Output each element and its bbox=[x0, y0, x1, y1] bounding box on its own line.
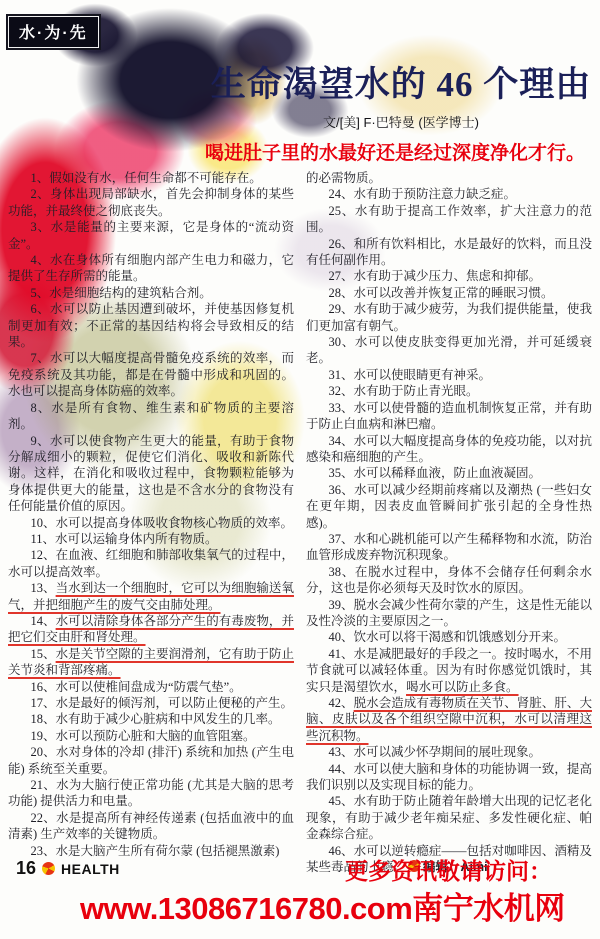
item-number: 21、 bbox=[31, 778, 57, 792]
list-item-39: 39、脱水会减少性荷尔蒙的产生，这是性无能以及性冷淡的主要原因之一。 bbox=[306, 597, 592, 630]
item-text: 水可以改善并恢复正常的睡眠习惯。 bbox=[354, 286, 554, 300]
item-number: 17、 bbox=[31, 696, 56, 710]
item-number: 8、 bbox=[31, 401, 52, 415]
list-item-25: 25、水有助于提高工作效率，扩大注意力的范围。 bbox=[306, 203, 592, 236]
item-number: 41、 bbox=[329, 647, 354, 661]
footer-brand: 16 HEALTH bbox=[16, 858, 120, 879]
item-number: 43、 bbox=[329, 745, 354, 759]
list-item-44: 44、水可以使大脑和身体的功能协调一致，提高我们识别以及实现目标的能力。 bbox=[306, 761, 592, 794]
list-item-21: 21、水为大脑行使正常功能 (尤其是大脑的思考功能) 提供活力和电量。 bbox=[8, 777, 294, 810]
list-item-1: 1、假如没有水，任何生命都不可能存在。 bbox=[8, 170, 294, 186]
item-number: 37、 bbox=[329, 532, 354, 546]
list-item-12: 12、在血液、红细胞和肺部收集氧气的过程中，水可以提高效率。 bbox=[8, 547, 294, 580]
item-number: 22、 bbox=[31, 811, 57, 825]
item-number: 6、 bbox=[31, 302, 50, 316]
item-number: 40、 bbox=[329, 630, 354, 644]
list-item-4: 4、水在身体所有细胞内部产生电力和磁力，它提供了生存所需的能量。 bbox=[8, 252, 294, 285]
list-item-2: 2、身体出现局部缺水，首先会抑制身体的某些功能，并最终使之彻底丧失。 bbox=[8, 186, 294, 219]
item-text: 水是最好的倾泻剂，可以防止便秘的产生。 bbox=[56, 696, 294, 710]
health-logo-icon bbox=[42, 862, 55, 875]
item-number: 38、 bbox=[329, 565, 355, 579]
list-item-22: 22、水是提高所有神经传递素 (包括血液中的血清素) 生产效率的关键物质。 bbox=[8, 810, 294, 843]
item-text: 水是所有食物、维生素和矿物质的主要溶剂。 bbox=[8, 401, 294, 431]
item-text: 水有助于预防注意力缺乏症。 bbox=[354, 187, 517, 201]
promo-text: 更多资讯敬请访问： bbox=[345, 853, 552, 886]
item-number: 39、 bbox=[329, 598, 354, 612]
item-number: 18、 bbox=[31, 712, 56, 726]
item-text: 水有助于减少压力、焦虑和抑郁。 bbox=[354, 269, 542, 283]
item-text-underlined: 喝水可以防止多食。 bbox=[406, 680, 519, 694]
item-text: 水是细胞结构的建筑粘合剂。 bbox=[49, 286, 212, 300]
item-number: 28、 bbox=[329, 286, 354, 300]
list-item-29: 29、水有助于减少疲劳，为我们提供能量，使我们更加富有朝气。 bbox=[306, 301, 592, 334]
list-item-10: 10、水可以提高身体吸收食物核心物质的效率。 bbox=[8, 515, 294, 531]
item-number: 42、 bbox=[329, 696, 354, 710]
item-number: 29、 bbox=[329, 302, 354, 316]
column-right: 的必需物质。24、水有助于预防注意力缺乏症。25、水有助于提高工作效率，扩大注意… bbox=[306, 170, 592, 875]
item-text: 水在身体所有细胞内部产生电力和磁力，它提供了生存所需的能量。 bbox=[8, 253, 294, 283]
item-text: 水可以稀释血液，防止血液凝固。 bbox=[354, 466, 542, 480]
item-number: 30、 bbox=[329, 335, 355, 349]
item-text: 水是大脑产生所有荷尔蒙 (包括褪黑激素) bbox=[56, 844, 280, 858]
list-item-5: 5、水是细胞结构的建筑粘合剂。 bbox=[8, 285, 294, 301]
magazine-page: { "header": { "logo": "水·为·先", "title": … bbox=[0, 0, 600, 939]
list-item-45: 45、水有助于防止随着年龄增大出现的记忆老化现象，有助于减少老年痴呆症、多发性硬… bbox=[306, 793, 592, 842]
item-text: 水有助于防止青光眼。 bbox=[354, 384, 479, 398]
item-number: 4、 bbox=[31, 253, 50, 267]
list-item-31: 31、水可以使眼睛更有神采。 bbox=[306, 367, 592, 383]
item-number: 33、 bbox=[329, 401, 354, 415]
column-left: 1、假如没有水，任何生命都不可能存在。2、身体出现局部缺水，首先会抑制身体的某些… bbox=[8, 170, 294, 875]
item-number: 14、 bbox=[31, 614, 56, 628]
page-title: 生命渴望水的 46 个理由 bbox=[205, 57, 597, 107]
list-item-36: 36、水可以减少经期前疼痛以及潮热 (一些妇女在更年期，因表皮血管瞬间扩张引起的… bbox=[306, 482, 592, 531]
item-number: 2、 bbox=[31, 187, 50, 201]
list-item-8: 8、水是所有食物、维生素和矿物质的主要溶剂。 bbox=[8, 400, 294, 433]
item-number: 9、 bbox=[31, 434, 50, 448]
list-item-28: 28、水可以改善并恢复正常的睡眠习惯。 bbox=[306, 285, 592, 301]
list-item-continuation: 的必需物质。 bbox=[306, 170, 592, 186]
item-number: 15、 bbox=[31, 647, 56, 661]
byline: 文/[美] F·巴特曼 (医学博士) bbox=[205, 112, 597, 131]
item-number: 35、 bbox=[329, 466, 354, 480]
item-text: 水可以使食物产生更大的能量，有助于食物分解成细小的颗粒，促使它们消化、吸收和新陈… bbox=[8, 434, 294, 514]
item-text: 水有助于减少心脏病和中风发生的几率。 bbox=[56, 712, 281, 726]
promo-url: www.13086716780.com南宁水机网 bbox=[80, 883, 565, 928]
list-item-16: 16、水可以使椎间盘成为“防震气垫”。 bbox=[8, 679, 294, 695]
item-number: 45、 bbox=[329, 794, 354, 808]
item-text: 水可以预防心脏和大脑的血管阻塞。 bbox=[56, 729, 256, 743]
magazine-name: HEALTH bbox=[61, 861, 120, 877]
item-text: 假如没有水，任何生命都不可能存在。 bbox=[49, 171, 262, 185]
item-number: 32、 bbox=[329, 384, 354, 398]
item-number: 11、 bbox=[31, 532, 56, 546]
list-item-42: 42、脱水会造成有毒物质在关节、肾脏、肝、大脑、皮肤以及各个组织空隙中沉积，水可… bbox=[306, 695, 592, 744]
list-item-19: 19、水可以预防心脏和大脑的血管阻塞。 bbox=[8, 728, 294, 744]
list-item-6: 6、水可以防止基因遭到破坏，并使基因修复机制更加有效；不正常的基因结构将会导致相… bbox=[8, 301, 294, 350]
list-item-43: 43、水可以减少怀孕期间的展吐现象。 bbox=[306, 744, 592, 760]
item-number: 7、 bbox=[31, 351, 50, 365]
article-body: 1、假如没有水，任何生命都不可能存在。2、身体出现局部缺水，首先会抑制身体的某些… bbox=[8, 170, 592, 875]
item-number: 25、 bbox=[329, 204, 355, 218]
item-text: 水可以防止基因遭到破坏，并使基因修复机制更加有效；不正常的基因结构将会导致相反的… bbox=[8, 302, 294, 349]
list-item-33: 33、水可以使骨髓的造血机制恢复正常，并有助于防止白血病和淋巴瘤。 bbox=[306, 400, 592, 433]
list-item-20: 20、水对身体的冷却 (排汗) 系统和加热 (产生电能) 系统至关重要。 bbox=[8, 744, 294, 777]
subtitle-slogan: 喝进肚子里的水最好还是经过深度净化才行。 bbox=[190, 138, 600, 165]
list-item-15: 15、水是关节空隙的主要润滑剂，它有助于防止关节炎和背部疼痛。 bbox=[8, 646, 294, 679]
item-text: 水可以使眼睛更有神采。 bbox=[354, 368, 492, 382]
item-text: 水可以使椎间盘成为“防震气垫”。 bbox=[56, 680, 242, 694]
item-number: 19、 bbox=[31, 729, 56, 743]
list-item-14: 14、水可以清除身体各部分产生的有毒废物，并把它们交由肝和肾处理。 bbox=[8, 613, 294, 646]
item-number: 23、 bbox=[31, 844, 56, 858]
item-number: 27、 bbox=[329, 269, 354, 283]
list-item-35: 35、水可以稀释血液，防止血液凝固。 bbox=[306, 465, 592, 481]
item-number: 24、 bbox=[329, 187, 354, 201]
item-number: 26、 bbox=[329, 237, 354, 251]
list-item-40: 40、饮水可以将干渴感和饥饿感划分开来。 bbox=[306, 629, 592, 645]
item-text: 饮水可以将干渴感和饥饿感划分开来。 bbox=[354, 630, 567, 644]
item-number: 16、 bbox=[31, 680, 56, 694]
item-text: 的必需物质。 bbox=[306, 171, 381, 185]
item-number: 13、 bbox=[31, 581, 56, 595]
footer-page-number: 16 bbox=[16, 858, 36, 879]
list-item-24: 24、水有助于预防注意力缺乏症。 bbox=[306, 186, 592, 202]
item-text: 水可以减少怀孕期间的展吐现象。 bbox=[354, 745, 542, 759]
item-number: 31、 bbox=[329, 368, 354, 382]
list-item-7: 7、水可以大幅度提高骨髓免疫系统的效率，而免疫系统及其功能，都是在骨髓中形成和巩… bbox=[8, 350, 294, 399]
list-item-11: 11、水可以运输身体内所有物质。 bbox=[8, 531, 294, 547]
list-item-30: 30、水可以使皮肤变得更加光滑，并可延缓衰老。 bbox=[306, 334, 592, 367]
item-number: 36、 bbox=[329, 483, 355, 497]
item-number: 3、 bbox=[31, 220, 51, 234]
list-item-17: 17、水是最好的倾泻剂，可以防止便秘的产生。 bbox=[8, 695, 294, 711]
item-text: 水可以运输身体内所有物质。 bbox=[55, 532, 218, 546]
list-item-26: 26、和所有饮料相比，水是最好的饮料，而且没有任何副作用。 bbox=[306, 236, 592, 269]
item-number: 10、 bbox=[31, 516, 56, 530]
item-number: 1、 bbox=[31, 171, 50, 185]
item-number: 34、 bbox=[329, 434, 354, 448]
list-item-23: 23、水是大脑产生所有荷尔蒙 (包括褪黑激素) bbox=[8, 843, 294, 859]
masthead-logo: 水·为·先 bbox=[8, 16, 99, 48]
list-item-18: 18、水有助于减少心脏病和中风发生的几率。 bbox=[8, 711, 294, 727]
item-number: 12、 bbox=[31, 548, 56, 562]
list-item-13: 13、当水到达一个细胞时，它可以为细胞输送氧气，并把细胞产生的废气交由肺处理。 bbox=[8, 580, 294, 613]
list-item-34: 34、水可以大幅度提高身体的免疫功能，以对抗感染和癌细胞的产生。 bbox=[306, 433, 592, 466]
list-item-38: 38、在脱水过程中，身体不会储存任何剩余水分，这也是你必须每天及时饮水的原因。 bbox=[306, 564, 592, 597]
item-number: 44、 bbox=[329, 762, 354, 776]
item-number: 5、 bbox=[31, 286, 50, 300]
list-item-3: 3、水是能量的主要来源，它是身体的“流动资金”。 bbox=[8, 219, 294, 252]
item-text: 水是能量的主要来源，它是身体的“流动资金”。 bbox=[8, 220, 294, 250]
list-item-9: 9、水可以使食物产生更大的能量，有助于食物分解成细小的颗粒，促使它们消化、吸收和… bbox=[8, 433, 294, 515]
list-item-32: 32、水有助于防止青光眼。 bbox=[306, 383, 592, 399]
list-item-41: 41、水是减肥最好的手段之一。按时喝水，不用节食就可以减轻体重。因为有时你感觉饥… bbox=[306, 646, 592, 695]
list-item-27: 27、水有助于减少压力、焦虑和抑郁。 bbox=[306, 268, 592, 284]
item-number: 20、 bbox=[31, 745, 56, 759]
item-text: 身体出现局部缺水，首先会抑制身体的某些功能，并最终使之彻底丧失。 bbox=[8, 187, 294, 217]
item-text: 水可以大幅度提高骨髓免疫系统的效率，而免疫系统及其功能，都是在骨髓中形成和巩固的… bbox=[8, 351, 294, 398]
item-text: 水可以提高身体吸收食物核心物质的效率。 bbox=[56, 516, 294, 530]
list-item-37: 37、水和心跳机能可以产生稀释物和水流，防治血管形成废弃物沉积现象。 bbox=[306, 531, 592, 564]
